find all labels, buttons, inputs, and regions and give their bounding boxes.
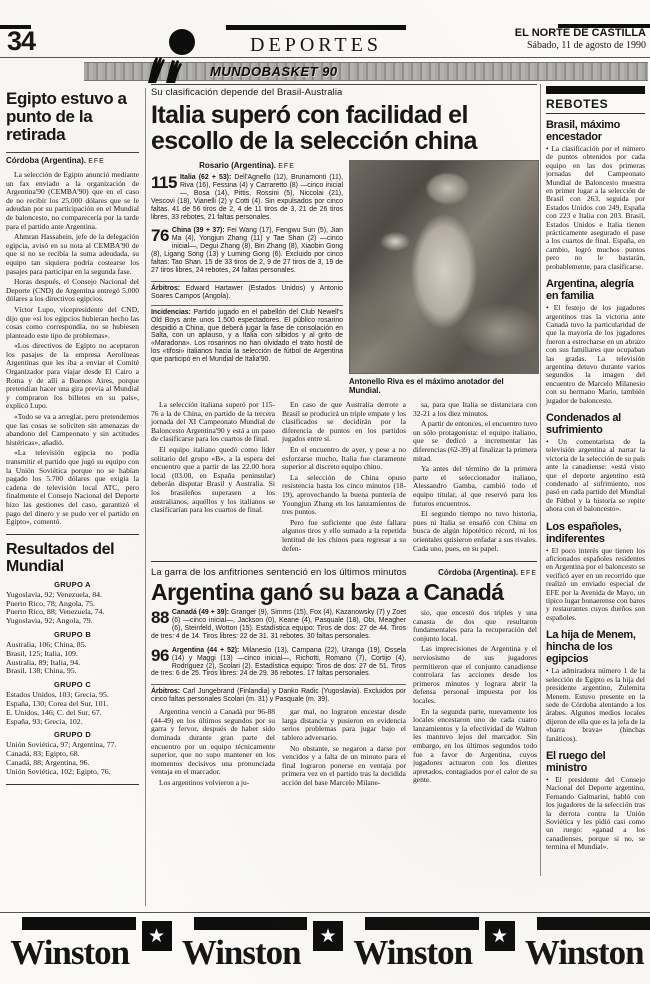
banner-title: MUNDOBASKET 90 xyxy=(210,64,338,79)
paragraph: A partir de entonces, el encuentro tuvo … xyxy=(413,420,537,463)
ad-strip: Winston ★ Winston ★ Winston ★ Winston xyxy=(0,912,650,984)
rebotes-item-title: La hija de Menem, hincha de los egipcios xyxy=(546,629,645,665)
arbitros-text: Edward Hartawer (Estados Unidos) y Anton… xyxy=(151,285,343,300)
group-c-title: GRUPO C xyxy=(6,680,139,689)
second-col-1: Argentina venció a Canadá por 96-88 (44-… xyxy=(151,708,275,789)
winston-ad: Winston xyxy=(519,913,650,983)
masthead-date: Sábado, 11 de agosto de 1990 xyxy=(515,40,646,51)
rebotes-item-title: Brasil, máximo encestador xyxy=(546,119,645,143)
paragraph: El equipo italiano quedó como líder soli… xyxy=(151,446,275,515)
score-team: Italia (62 + 53): xyxy=(180,174,231,181)
paragraph: No obstante, se negaron a darse por venc… xyxy=(282,745,406,788)
rebotes-item-body: • La clasificación por el número de punt… xyxy=(546,145,645,271)
paragraph: En caso de que Australia derrote a Brasi… xyxy=(282,401,406,444)
dateline-agency: EFE xyxy=(278,163,295,170)
group-a-results: Yugoslavia, 92; Venezuela, 84.Puerto Ric… xyxy=(6,591,139,626)
second-dateline: Córdoba (Argentina). EFE xyxy=(438,568,537,577)
arbitros-label: Árbitros: xyxy=(151,688,180,695)
star-icon: ★ xyxy=(313,921,343,951)
second-left-block: 88 Canadá (49 + 39): Granger (9), Simms … xyxy=(151,609,406,789)
paragraph: En el encuentro de ayer, y pese a no esf… xyxy=(282,446,406,472)
second-col-3: sio, que encestó dos triples y una canas… xyxy=(413,609,537,789)
score-number: 76 xyxy=(151,228,169,243)
winston-logo: Winston xyxy=(176,933,308,973)
main-headline: Italia superó con facilidad el escollo d… xyxy=(151,102,537,154)
paragraph: Las imprecisiones de Argentina y el nerv… xyxy=(413,645,537,705)
rebotes-item-body: • Un comentarista de la televisión argen… xyxy=(546,438,645,514)
rebotes-item-title: El ruego del ministro xyxy=(546,750,645,774)
winston-ad: Winston xyxy=(4,913,136,983)
main-col-3: sa, para que Italia se distanciara con 3… xyxy=(413,401,537,555)
dateline-agency: EFE xyxy=(88,158,105,165)
dateline-agency: EFE xyxy=(520,570,537,577)
winston-ad: Winston xyxy=(176,913,308,983)
section-bar xyxy=(226,25,406,30)
ad-black-bar xyxy=(365,917,479,930)
result-line: España, 93; Grecia, 102. xyxy=(6,718,139,727)
rebotes-column: REBOTES Brasil, máximo encestador • La c… xyxy=(546,86,645,859)
resultados-headline: Resultados del Mundial xyxy=(6,541,139,575)
winston-logo: Winston xyxy=(519,933,650,973)
photo-caption: Antonello Riva es el máximo anotador del… xyxy=(349,377,537,395)
star-icon: ★ xyxy=(142,921,172,951)
arbitros-label: Árbitros: xyxy=(151,285,180,292)
group-b-results: Australia, 106; China, 85.Brasil, 125; I… xyxy=(6,641,139,676)
winston-ad: Winston xyxy=(347,913,479,983)
basketball-hands-icon xyxy=(142,27,200,83)
incidencias-text: Partido jugado en el pabellón del Club N… xyxy=(151,309,343,363)
left-column: Egipto estuvo a punto de la retirada Cór… xyxy=(6,88,139,791)
rebotes-item-title: Argentina, alegría en familia xyxy=(546,278,645,302)
paragraph: Pero fue suficiente que éste fallara alg… xyxy=(282,519,406,553)
paragraph: Argentina venció a Canadá por 96-88 (44-… xyxy=(151,708,275,777)
rebotes-item: Argentina, alegría en familia • El feste… xyxy=(546,278,645,405)
masthead-title: EL NORTE DE CASTILLA xyxy=(515,27,646,39)
score-team: Canadá (49 + 39): xyxy=(172,609,229,616)
paragraph: La selección de China opuso resistencia … xyxy=(282,474,406,517)
score-detail: Fei Wang (17), Fengwu Sun (5), Jian Ma (… xyxy=(151,227,343,274)
paragraph: Horas después, el Consejo Nacional del D… xyxy=(6,278,139,304)
paragraph: Ahmran Hassabein, jefe de la delegación … xyxy=(6,233,139,276)
group-d: GRUPO D Unión Soviética, 97; Argentina, … xyxy=(6,730,139,776)
score-detail: Dell'Agnello (12), Brunamonti (11), Riva… xyxy=(151,174,343,221)
second-kicker-row: La garra de los anfitriones sentenció en… xyxy=(151,565,537,578)
dateline-city: Córdoba (Argentina). xyxy=(438,568,518,577)
second-col-2: gar mal, no lograron encestar desde larg… xyxy=(282,708,406,789)
main-kicker: Su clasificación depende del Brasil-Aust… xyxy=(151,87,342,98)
second-headline: Argentina ganó su baza a Canadá xyxy=(151,580,537,604)
scorebox-china: 76 China (39 + 37): Fei Wang (17), Fengw… xyxy=(151,227,343,274)
group-d-results: Unión Soviética, 97; Argentina, 77.Canad… xyxy=(6,741,139,776)
rebotes-item-body: • El poco interés que tienen los aficion… xyxy=(546,547,645,623)
scorebox-argentina: 96 Argentina (44 + 52): Milanesio (13), … xyxy=(151,647,406,679)
score-number: 96 xyxy=(151,648,169,663)
score-team: China (39 + 37): xyxy=(172,227,225,234)
rebotes-item-title: Los españoles, indiferentes xyxy=(546,521,645,545)
star-icon: ★ xyxy=(485,921,515,951)
section-header: DEPORTES xyxy=(226,25,406,57)
main-col-2: En caso de que Australia derrote a Brasi… xyxy=(282,401,406,555)
group-d-title: GRUPO D xyxy=(6,730,139,739)
score-number: 88 xyxy=(151,610,169,625)
scorebox-canada: 88 Canadá (49 + 39): Granger (9), Simms … xyxy=(151,609,406,641)
group-b-title: GRUPO B xyxy=(6,630,139,639)
rebotes-item: Condenados al sufrimiento • Un comentari… xyxy=(546,412,645,514)
rebotes-bar xyxy=(546,86,645,94)
second-body-columns: Argentina venció a Canadá por 96-88 (44-… xyxy=(151,708,406,789)
rebotes-item: El ruego del ministro • El presidente de… xyxy=(546,750,645,852)
group-a-title: GRUPO A xyxy=(6,580,139,589)
rebotes-item: La hija de Menem, hincha de los egipcios… xyxy=(546,629,645,743)
newspaper-page: 34 DEPORTES EL NORTE DE CASTILLA Sábado,… xyxy=(0,0,650,984)
paragraph: Víctor Lupo, vicepresidente del CND, dij… xyxy=(6,306,139,340)
arbitros-text: Carl Jungebrand (Finlandia) y Danko Radi… xyxy=(151,688,406,703)
rebotes-item-body: • El festejo de los jugadores argentinos… xyxy=(546,304,645,405)
paragraph: La selección italiana superó por 115-76 … xyxy=(151,401,275,444)
scorebox-italia: 115 Italia (62 + 53): Dell'Agnello (12),… xyxy=(151,174,343,221)
paragraph: En la segunda parte, nuevamente los loca… xyxy=(413,708,537,785)
paragraph: Los argentinos volvieron a ju- xyxy=(151,779,275,788)
dateline-city: Córdoba (Argentina). xyxy=(6,156,86,165)
main-kicker-row: Su clasificación depende del Brasil-Aust… xyxy=(151,84,537,98)
egipto-dateline: Córdoba (Argentina). EFE xyxy=(6,152,139,165)
ad-black-bar xyxy=(537,917,650,930)
paragraph: «Todo se va a arreglar, pero pretendemos… xyxy=(6,413,139,447)
second-article-body: 88 Canadá (49 + 39): Granger (9), Simms … xyxy=(151,609,537,789)
paragraph: El segundo tiempo no tuvo historia, pues… xyxy=(413,510,537,553)
group-b: GRUPO B Australia, 106; China, 85.Brasil… xyxy=(6,630,139,676)
ad-black-bar xyxy=(194,917,308,930)
page-number: 34 xyxy=(7,26,35,57)
result-line: Yugoslavia, 92; Angola, 79. xyxy=(6,617,139,626)
score-team: Argentina (44 + 52): xyxy=(172,647,239,654)
result-line: Unión Soviética, 102; Egipto, 76. xyxy=(6,768,139,777)
group-c-results: Estados Unidos, 103; Grecia, 95.España, … xyxy=(6,691,139,726)
group-a: GRUPO A Yugoslavia, 92; Venezuela, 84.Pu… xyxy=(6,580,139,626)
rebotes-item-body: • El presidente del Consejo Nacional del… xyxy=(546,776,645,852)
ad-black-bar xyxy=(22,917,136,930)
arbitros-note-2: Árbitros: Carl Jungebrand (Finlandia) y … xyxy=(151,684,406,704)
result-line: Brasil, 138; China, 95. xyxy=(6,667,139,676)
paragraph: La selección de Egipto anunció mediante … xyxy=(6,171,139,231)
rebotes-item: Los españoles, indiferentes • El poco in… xyxy=(546,521,645,623)
egipto-headline: Egipto estuvo a punto de la retirada xyxy=(6,90,139,144)
egipto-body: La selección de Egipto anunció mediante … xyxy=(6,171,139,527)
header-rule xyxy=(0,57,650,58)
dateline-city: Rosario (Argentina). xyxy=(199,161,276,170)
riva-photo xyxy=(349,160,539,374)
paragraph: gar mal, no lograron encestar desde larg… xyxy=(282,708,406,742)
paragraph: «Los directivos de Egipto no aceptaron l… xyxy=(6,342,139,411)
left-rule xyxy=(6,534,139,535)
incidencias-label: Incidencias: xyxy=(151,309,191,316)
paragraph: sa, para que Italia se distanciara con 3… xyxy=(413,401,537,418)
main-article-top: Rosario (Argentina). EFE 115 Italia (62 … xyxy=(151,160,537,395)
main-body-columns: La selección italiana superó por 115-76 … xyxy=(151,401,537,555)
column-divider-left xyxy=(145,88,146,906)
incidencias-note: Incidencias: Partido jugado en el pabell… xyxy=(151,305,343,364)
column-divider-right xyxy=(540,84,541,876)
article-divider xyxy=(151,561,537,562)
paragraph: sio, que encestó dos triples y una canas… xyxy=(413,609,537,643)
rebotes-item: Brasil, máximo encestador • La clasifica… xyxy=(546,119,645,271)
second-kicker: La garra de los anfitriones sentenció en… xyxy=(151,567,407,578)
arbitros-note: Árbitros: Edward Hartawer (Estados Unido… xyxy=(151,281,343,301)
rebotes-item-body: • La admiradora número 1 de la selección… xyxy=(546,667,645,743)
main-dateline: Rosario (Argentina). EFE xyxy=(151,161,343,170)
score-number: 115 xyxy=(151,175,177,190)
photo-figure: Antonello Riva es el máximo anotador del… xyxy=(349,160,537,395)
section-title: DEPORTES xyxy=(226,34,406,57)
winston-logo: Winston xyxy=(347,933,479,973)
main-col-1: La selección italiana superó por 115-76 … xyxy=(151,401,275,555)
left-bottom-rule xyxy=(6,784,139,785)
winston-logo: Winston xyxy=(4,933,136,973)
masthead: EL NORTE DE CASTILLA Sábado, 11 de agost… xyxy=(515,27,646,51)
paragraph: «La televisión egipcia no podía transmit… xyxy=(6,449,139,526)
rebotes-title: REBOTES xyxy=(546,94,645,114)
rebotes-items: Brasil, máximo encestador • La clasifica… xyxy=(546,119,645,852)
center-column: Su clasificación depende del Brasil-Aust… xyxy=(151,84,537,790)
scorebox-column: Rosario (Argentina). EFE 115 Italia (62 … xyxy=(151,160,343,395)
group-c: GRUPO C Estados Unidos, 103; Grecia, 95.… xyxy=(6,680,139,726)
rebotes-item-title: Condenados al sufrimiento xyxy=(546,412,645,436)
paragraph: Ya antes del término de la primera parte… xyxy=(413,465,537,508)
